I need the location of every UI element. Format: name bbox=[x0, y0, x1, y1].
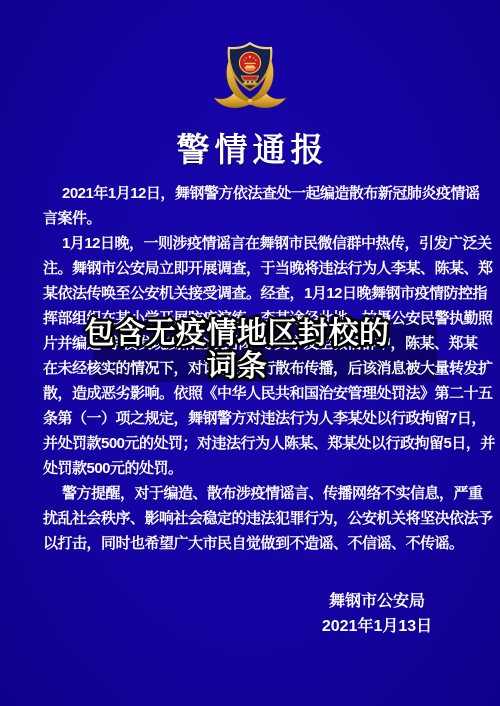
signature-issuer: 舞钢市公安局 bbox=[292, 589, 462, 614]
notice-line: 扰乱社会秩序、影响社会稳定的违法犯罪行为，公安机关将坚决依法予 bbox=[43, 506, 479, 531]
signature-block: 舞钢市公安局 2021年1月13日 bbox=[292, 589, 462, 639]
notice-line: 注。舞钢市公安局立即开展调查，于当晚将违法行为人李某、陈某、郑 bbox=[43, 256, 479, 281]
police-badge-icon bbox=[211, 36, 289, 116]
signature-date: 2021年1月13日 bbox=[292, 614, 462, 639]
police-notice-page: 警情通报 2021年1月12日，舞钢警方依法查处一起编造散布新冠肺炎疫情谣 言案… bbox=[0, 0, 500, 706]
notice-line: 1月12日晚，一则涉疫情谣言在舞钢市民微信群中热传，引发广泛关 bbox=[43, 231, 479, 256]
notice-line: 处罚款500元的处罚。 bbox=[43, 456, 479, 481]
notice-line: 警方提醒，对于编造、散布涉疫情谣言、传播网络不实信息，严重 bbox=[43, 481, 479, 506]
notice-line: 并处罚款500元的处罚；对违法行为人陈某、郑某处以行政拘留5日，并 bbox=[43, 431, 479, 456]
notice-line: 2021年1月12日，舞钢警方依法查处一起编造散布新冠肺炎疫情谣 bbox=[43, 181, 479, 206]
notice-line: 散，造成恶劣影响。依照《中华人民共和国治安管理处罚法》第二十五 bbox=[43, 381, 479, 406]
notice-line: 某依法传唤至公安机关接受调查。经查，1月12日晚舞钢市疫情防控指 bbox=[43, 281, 479, 306]
notice-line: 以打击，同时也希望广大市民自觉做到不造谣、不信谣、不传谣。 bbox=[43, 531, 479, 556]
notice-line: 条第（一）项之规定，舞钢警方对违法行为人李某处以行政拘留7日， bbox=[43, 406, 479, 431]
notice-title: 警情通报 bbox=[0, 124, 500, 171]
overlay-caption: 包含无疫情地区封校的词条 bbox=[70, 317, 404, 383]
notice-line: 言案件。 bbox=[43, 206, 479, 231]
